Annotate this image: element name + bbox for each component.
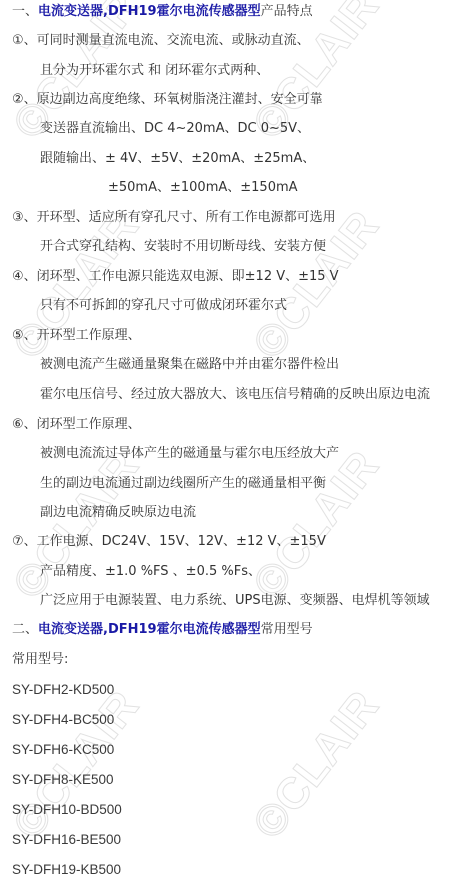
feature-marker: ③、 — [12, 210, 37, 225]
model-item: SY-DFH19-KB500 — [12, 860, 121, 880]
feature-item-4: ④、闭环型、工作电源只能选双电源、即±12 V、±15 V — [12, 267, 339, 287]
product-highlight-link[interactable]: 电流变送器,DFH19霍尔电流传感器型 — [38, 622, 261, 637]
feature-item-2: ②、原边副边高度绝缘、环氧树脂浇注灌封、安全可靠 — [12, 90, 323, 110]
section-number: 一、 — [12, 4, 38, 19]
feature-detail: 只有不可拆卸的穿孔尺寸可做成闭环霍尔式 — [40, 296, 287, 316]
feature-detail: 被测电流产生磁通量聚集在磁路中并由霍尔器件检出 — [40, 355, 339, 375]
feature-detail: 被测电流流过导体产生的磁通量与霍尔电压经放大产 — [40, 444, 339, 464]
feature-text: 开环型工作原理、 — [37, 328, 141, 343]
feature-item-3: ③、开环型、适应所有穿孔尺寸、所有工作电源都可选用 — [12, 208, 336, 228]
model-item: SY-DFH4-BC500 — [12, 710, 114, 730]
models-label: 常用型号: — [12, 650, 68, 670]
model-item: SY-DFH10-BD500 — [12, 800, 122, 820]
feature-text: 可同时测量直流电流、交流电流、或脉动直流、 — [37, 33, 310, 48]
watermark: ©CLAIR — [4, 442, 150, 609]
feature-item-5: ⑤、开环型工作原理、 — [12, 326, 141, 346]
feature-detail: 霍尔电压信号、经过放大器放大、该电压信号精确的反映出原边电流 — [40, 385, 430, 405]
model-item: SY-DFH6-KC500 — [12, 740, 114, 760]
watermark: ©CLAIR — [244, 442, 390, 609]
section-heading-models: 二、电流变送器,DFH19霍尔电流传感器型常用型号 — [12, 620, 313, 640]
feature-detail: 且分为开环霍尔式 和 闭环霍尔式两种、 — [40, 61, 269, 81]
feature-detail: 跟随输出、± 4V、±5V、±20mA、±25mA、 — [40, 149, 315, 169]
feature-item-6: ⑥、闭环型工作原理、 — [12, 415, 141, 435]
feature-marker: ⑤、 — [12, 328, 37, 343]
feature-text: 工作电源、DC24V、15V、12V、±12 V、±15V — [37, 534, 326, 549]
feature-detail: 变送器直流输出、DC 4~20mA、DC 0~5V、 — [40, 119, 310, 139]
model-item: SY-DFH8-KE500 — [12, 770, 114, 790]
feature-item-7: ⑦、工作电源、DC24V、15V、12V、±12 V、±15V — [12, 532, 326, 552]
feature-text: 闭环型、工作电源只能选双电源、即±12 V、±15 V — [37, 269, 339, 284]
model-item: SY-DFH2-KD500 — [12, 680, 114, 700]
feature-marker: ④、 — [12, 269, 37, 284]
feature-item-1: ①、可同时测量直流电流、交流电流、或脉动直流、 — [12, 31, 310, 51]
section-title: 产品特点 — [261, 4, 313, 19]
section-heading-features: 一、电流变送器,DFH19霍尔电流传感器型产品特点 — [12, 2, 313, 22]
feature-marker: ⑦、 — [12, 534, 37, 549]
feature-detail: 广泛应用于电源装置、电力系统、UPS电源、变频器、电焊机等领域 — [40, 591, 430, 611]
feature-detail: ±50mA、±100mA、±150mA — [108, 178, 298, 198]
watermark: ©CLAIR — [244, 682, 390, 849]
feature-marker: ⑥、 — [12, 417, 37, 432]
section-number: 二、 — [12, 622, 38, 637]
feature-marker: ①、 — [12, 33, 37, 48]
feature-detail: 副边电流精确反映原边电流 — [40, 503, 196, 523]
product-highlight-link[interactable]: 电流变送器,DFH19霍尔电流传感器型 — [38, 4, 261, 19]
feature-detail: 产品精度、±1.0 %FS 、±0.5 %Fs、 — [40, 562, 261, 582]
feature-text: 闭环型工作原理、 — [37, 417, 141, 432]
section-title: 常用型号 — [261, 622, 313, 637]
feature-text: 开环型、适应所有穿孔尺寸、所有工作电源都可选用 — [37, 210, 336, 225]
model-item: SY-DFH16-BE500 — [12, 830, 121, 850]
feature-text: 原边副边高度绝缘、环氧树脂浇注灌封、安全可靠 — [37, 92, 323, 107]
feature-detail: 开合式穿孔结构、安装时不用切断母线、安装方便 — [40, 237, 326, 257]
watermark: ©CLAIR — [4, 682, 150, 849]
feature-marker: ②、 — [12, 92, 37, 107]
feature-detail: 生的副边电流通过副边线圈所产生的磁通量相平衡 — [40, 474, 326, 494]
